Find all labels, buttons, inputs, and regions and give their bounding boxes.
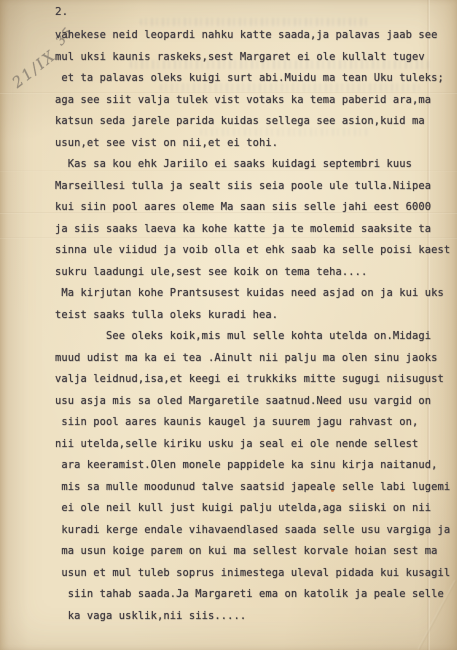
scanned-letter-page: 21/IX 35 2. vahekese neid leopardi nahku…: [0, 0, 457, 650]
letter-line: siin tahab saada.Ja Margareti ema on kat…: [55, 584, 455, 606]
letter-line: ma usun koige parem on kui ma sellest ko…: [55, 541, 455, 563]
letter-line: teist saaks tulla oleks kuradi hea.: [55, 305, 455, 327]
letter-line: kui siin pool aares oleme Ma saan siis s…: [55, 197, 455, 219]
letter-line: katsun seda jarele parida kuidas sellega…: [55, 111, 455, 133]
letter-line: mis sa mulle moodunud talve saatsid jape…: [55, 477, 455, 499]
page-number: 2.: [55, 5, 68, 18]
handwritten-date-daymonth: 21/IX: [9, 46, 60, 91]
letter-line: ka vaga usklik,nii siis.....: [55, 606, 455, 628]
letter-line: usun et mul tuleb soprus inimestega ulev…: [55, 563, 455, 585]
letter-line: nii utelda,selle kiriku usku ja seal ei …: [55, 434, 455, 456]
letter-line: siin pool aares kaunis kaugel ja suurem …: [55, 412, 455, 434]
letter-line: et ta palavas oleks kuigi surt abi.Muidu…: [55, 68, 455, 90]
letter-lines: vahekese neid leopardi nahku katte saada…: [55, 25, 455, 627]
letter-line: sinna ule viidud ja voib olla et ehk saa…: [55, 240, 455, 262]
letter-line: ja siis saaks laeva ka kohe katte ja te …: [55, 219, 455, 241]
letter-line: ara keeramist.Olen monele pappidele ka s…: [55, 455, 455, 477]
letter-line: See oleks koik,mis mul selle kohta uteld…: [55, 326, 455, 348]
letter-line: usun,et see vist on nii,et ei tohi.: [55, 133, 455, 155]
letter-line: ei ole neil kull just kuigi palju utelda…: [55, 498, 455, 520]
letter-line: sukru laadungi ule,sest see koik on tema…: [55, 262, 455, 284]
letter-line: Kas sa kou ehk Jariilo ei saaks kuidagi …: [55, 154, 455, 176]
letter-line: aga see siit valja tulek vist votaks ka …: [55, 90, 455, 112]
letter-line: kuradi kerge endale vihavaendlased saada…: [55, 520, 455, 542]
letter-line: Marseillesi tulla ja sealt siis seia poo…: [55, 176, 455, 198]
letter-line: muud udist ma ka ei tea .Ainult nii palj…: [55, 348, 455, 370]
letter-line: mul uksi kaunis raskeks,sest Margaret ei…: [55, 47, 455, 69]
letter-line: vahekese neid leopardi nahku katte saada…: [55, 25, 455, 47]
letter-line: Ma kirjutan kohe Prantsusest kuidas need…: [55, 283, 455, 305]
letter-line: valja leidnud,isa,et keegi ei trukkiks m…: [55, 369, 455, 391]
letter-line: usu asja mis sa oled Margaretile saatnud…: [55, 391, 455, 413]
